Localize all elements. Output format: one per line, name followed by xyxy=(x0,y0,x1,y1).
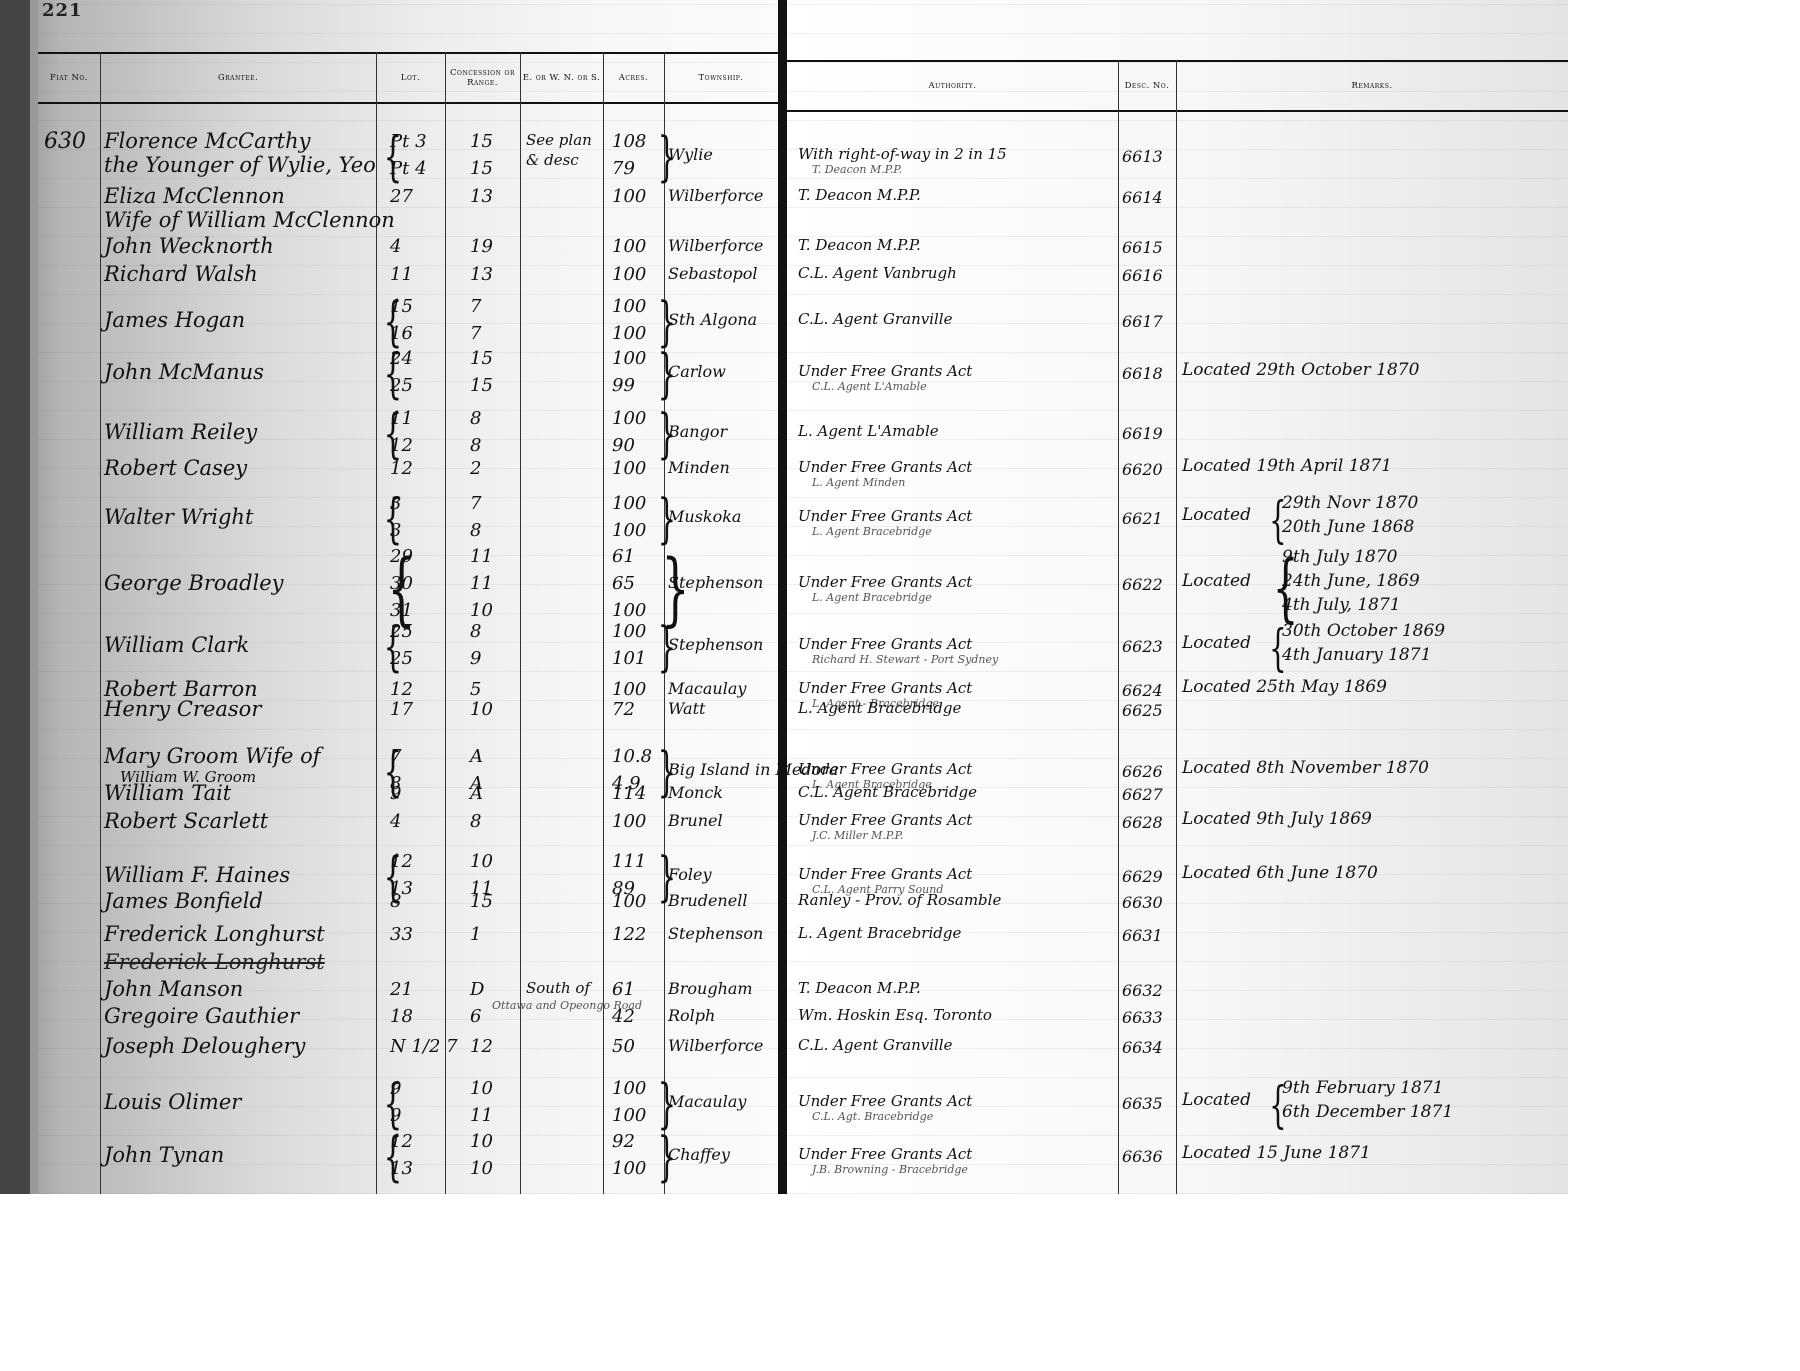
acres-value: 100 xyxy=(612,891,646,912)
remark-text: Located 25th May 1869 xyxy=(1182,677,1387,697)
concession-value: 15 xyxy=(470,375,493,396)
authority-text: C.L. Agent Vanbrugh xyxy=(798,264,957,282)
grantee-name: James Bonfield xyxy=(104,889,263,913)
authority-note: C.L. Agent L'Amable xyxy=(812,380,927,393)
acres-value: 100 xyxy=(612,1105,646,1126)
authority-text: Under Free Grants Act xyxy=(798,573,972,591)
lot-value: 8 xyxy=(390,891,401,912)
acres-value: 65 xyxy=(612,573,635,594)
township-name: Macaulay xyxy=(668,679,746,698)
page-number: 221 xyxy=(42,0,83,21)
acres-value: 101 xyxy=(612,648,646,669)
lot-value: 29 xyxy=(390,546,413,567)
remark-date: 9th February 1871 xyxy=(1282,1078,1443,1098)
authority-text: Wm. Hoskin Esq. Toronto xyxy=(798,1006,992,1024)
grantee-name: Frederick Longhurst xyxy=(104,922,325,946)
authority-text: Under Free Grants Act xyxy=(798,760,972,778)
township-name: Foley xyxy=(668,865,711,884)
township-name: Sebastopol xyxy=(668,264,757,283)
desc-number: 6614 xyxy=(1122,188,1163,207)
concession-value: 10 xyxy=(470,1158,493,1179)
header-bottom-rule-right xyxy=(787,110,1568,112)
lot-value: 33 xyxy=(390,924,413,945)
lot-value: 12 xyxy=(390,679,413,700)
remark-text: Located 9th July 1869 xyxy=(1182,809,1372,829)
lot-value: 15 xyxy=(390,296,413,317)
lot-value: 18 xyxy=(390,1006,413,1027)
concession-value: 7 xyxy=(470,296,481,317)
grantee-name: Joseph Deloughery xyxy=(104,1034,305,1058)
desc-number: 6619 xyxy=(1122,424,1163,443)
remark-label: Located xyxy=(1182,633,1251,653)
acres-value: 100 xyxy=(612,264,646,285)
acres-value: 100 xyxy=(612,458,646,479)
grantee-name: Richard Walsh xyxy=(104,262,258,286)
grantee-name: William Tait xyxy=(104,781,231,805)
desc-number: 6630 xyxy=(1122,893,1163,912)
concession-value: 7 xyxy=(470,493,481,514)
authority-note: L. Agent Bracebridge xyxy=(812,525,932,538)
township-name: Wylie xyxy=(668,145,713,164)
header-acres: Acres. xyxy=(603,58,664,98)
township-name: Stephenson xyxy=(668,635,763,654)
header-authority: Authority. xyxy=(787,66,1118,106)
grantee-name: Eliza McClennon xyxy=(104,184,285,208)
acres-value: 100 xyxy=(612,348,646,369)
grantee-name: John McManus xyxy=(104,360,264,384)
lot-value: 11 xyxy=(390,264,413,285)
desc-number: 6632 xyxy=(1122,981,1163,1000)
concession-value: 6 xyxy=(470,1006,481,1027)
authority-text: L. Agent L'Amable xyxy=(798,422,939,440)
header-remarks: Remarks. xyxy=(1176,66,1568,106)
acres-value: 100 xyxy=(612,1078,646,1099)
desc-number: 6625 xyxy=(1122,701,1163,720)
concession-value: 15 xyxy=(470,348,493,369)
header-lot: Lot. xyxy=(376,58,445,98)
township-name: Muskoka xyxy=(668,507,741,526)
acres-value: 79 xyxy=(612,158,635,179)
township-name: Rolph xyxy=(668,1006,715,1025)
township-name: Bangor xyxy=(668,422,727,441)
authority-text: Under Free Grants Act xyxy=(798,679,972,697)
concession-value: 10 xyxy=(470,1131,493,1152)
desc-number: 6624 xyxy=(1122,681,1163,700)
remark-date: 20th June 1868 xyxy=(1282,517,1414,537)
col-rule xyxy=(445,52,446,1194)
township-name: Brougham xyxy=(668,979,753,998)
acres-value: 61 xyxy=(612,546,635,567)
remark-date: 4th July, 1871 xyxy=(1282,595,1401,615)
acres-value: 122 xyxy=(612,924,646,945)
acres-value: 90 xyxy=(612,435,635,456)
acres-value: 100 xyxy=(612,186,646,207)
concession-value: 11 xyxy=(470,1105,493,1126)
e-w-n-s-value: See plan xyxy=(526,131,592,149)
acres-value: 42 xyxy=(612,1006,635,1027)
ledger-page: 221 Fiat No. Grantee. Lot. Concession or… xyxy=(0,0,1568,1194)
lot-value: 4 xyxy=(390,236,401,257)
col-rule xyxy=(1176,60,1177,1194)
authority-text: L. Agent Bracebridge xyxy=(798,924,961,942)
remark-text: Located 29th October 1870 xyxy=(1182,360,1419,380)
authority-text: Under Free Grants Act xyxy=(798,507,972,525)
authority-text: T. Deacon M.P.P. xyxy=(798,979,921,997)
acres-value: 92 xyxy=(612,1131,635,1152)
desc-number: 6634 xyxy=(1122,1038,1163,1057)
concession-value: A xyxy=(470,746,483,767)
acres-value: 100 xyxy=(612,520,646,541)
header-bottom-rule-left xyxy=(38,102,778,104)
grantee-name: Gregoire Gauthier xyxy=(104,1004,299,1028)
authority-text: T. Deacon M.P.P. xyxy=(798,236,921,254)
acres-value: 100 xyxy=(612,408,646,429)
lot-value: 9 xyxy=(390,1105,401,1126)
authority-note: L. Agent Minden xyxy=(812,476,905,489)
concession-value: 8 xyxy=(470,435,481,456)
desc-number: 6615 xyxy=(1122,238,1163,257)
acres-value: 100 xyxy=(612,296,646,317)
lot-value: 17 xyxy=(390,699,413,720)
acres-value: 100 xyxy=(612,600,646,621)
grantee-name: Walter Wright xyxy=(104,505,253,529)
lot-value: 27 xyxy=(390,186,413,207)
col-rule xyxy=(603,52,604,1194)
acres-value: 50 xyxy=(612,1036,635,1057)
authority-text: C.L. Agent Granville xyxy=(798,310,952,328)
e-w-n-s-value: & desc xyxy=(526,151,579,169)
authority-text: C.L. Agent Bracebridge xyxy=(798,783,977,801)
township-name: Wilberforce xyxy=(668,186,763,205)
acres-value: 10.8 xyxy=(612,746,652,767)
grantee-name: Louis Olimer xyxy=(104,1090,241,1114)
lot-value: 7 xyxy=(390,746,401,767)
grantee-struck-out: Frederick Longhurst xyxy=(104,950,325,974)
desc-number: 6617 xyxy=(1122,312,1163,331)
acres-value: 100 xyxy=(612,493,646,514)
concession-value: 10 xyxy=(470,1078,493,1099)
acres-value: 100 xyxy=(612,323,646,344)
concession-value: 10 xyxy=(470,699,493,720)
remark-date: 24th June, 1869 xyxy=(1282,571,1420,591)
lot-value: 25 xyxy=(390,375,413,396)
grantee-name: Henry Creasor xyxy=(104,697,261,721)
book-binding-edge xyxy=(30,0,38,1194)
acres-value: 61 xyxy=(612,979,635,1000)
desc-number: 6633 xyxy=(1122,1008,1163,1027)
concession-value: 13 xyxy=(470,264,493,285)
grantee-name: John Wecknorth xyxy=(104,234,274,258)
grantee-name: John Tynan xyxy=(104,1143,224,1167)
concession-value: 8 xyxy=(470,520,481,541)
remark-date: 9th July 1870 xyxy=(1282,547,1397,567)
desc-number: 6616 xyxy=(1122,266,1163,285)
concession-value: 15 xyxy=(470,158,493,179)
lot-value: Pt 4 xyxy=(390,158,427,179)
township-name: Wilberforce xyxy=(668,1036,763,1055)
acres-value: 100 xyxy=(612,679,646,700)
page-spine xyxy=(778,0,787,1194)
lot-value: Pt 3 xyxy=(390,131,427,152)
desc-number: 6621 xyxy=(1122,509,1163,528)
concession-value: 13 xyxy=(470,186,493,207)
grantee-detail: Wife of William McClennon xyxy=(104,208,395,232)
authority-text: Under Free Grants Act xyxy=(798,1145,972,1163)
concession-value: 10 xyxy=(470,600,493,621)
concession-value: 15 xyxy=(470,891,493,912)
authority-text: Under Free Grants Act xyxy=(798,458,972,476)
remark-text: Located 19th April 1871 xyxy=(1182,456,1392,476)
township-name: Brunel xyxy=(668,811,723,830)
lot-value: 9 xyxy=(390,1078,401,1099)
desc-number: 6623 xyxy=(1122,637,1163,656)
acres-value: 100 xyxy=(612,811,646,832)
header-concession: Concession or Range. xyxy=(445,58,520,98)
authority-note: C.L. Agt. Bracebridge xyxy=(812,1110,933,1123)
township-name: Macaulay xyxy=(668,1092,746,1111)
header-fiat-no: Fiat No. xyxy=(38,58,100,98)
header-desc-no: Desc. No. xyxy=(1118,66,1176,106)
remark-text: Located 15 June 1871 xyxy=(1182,1143,1371,1163)
township-name: Stephenson xyxy=(668,573,763,592)
lot-value: 9 xyxy=(390,783,401,804)
township-name: Chaffey xyxy=(668,1145,730,1164)
lot-value: 12 xyxy=(390,851,413,872)
concession-value: 1 xyxy=(470,924,481,945)
lot-value: 16 xyxy=(390,323,413,344)
authority-note: Richard H. Stewart - Port Sydney xyxy=(812,653,998,666)
concession-value: 15 xyxy=(470,131,493,152)
lot-value: 4 xyxy=(390,811,401,832)
concession-value: 11 xyxy=(470,573,493,594)
remark-text: Located 6th June 1870 xyxy=(1182,863,1378,883)
acres-value: 100 xyxy=(612,1158,646,1179)
grantee-detail: the Younger of Wylie, Yeo xyxy=(104,153,376,177)
township-name: Watt xyxy=(668,699,705,718)
township-name: Minden xyxy=(668,458,730,477)
authority-text: C.L. Agent Granville xyxy=(798,1036,952,1054)
grantee-name: George Broadley xyxy=(104,571,284,595)
desc-number: 6620 xyxy=(1122,460,1163,479)
acres-value: 99 xyxy=(612,375,635,396)
acres-value: 100 xyxy=(612,236,646,257)
grantee-name: William F. Haines xyxy=(104,863,290,887)
col-rule xyxy=(100,52,101,1194)
concession-value: D xyxy=(470,979,484,1000)
lot-value: 3 xyxy=(390,520,401,541)
desc-number: 6636 xyxy=(1122,1147,1163,1166)
concession-value: 9 xyxy=(470,648,481,669)
acres-value: 114 xyxy=(612,783,646,804)
lot-value: 3 xyxy=(390,493,401,514)
authority-note: L. Agent Bracebridge xyxy=(812,591,932,604)
remark-date: 30th October 1869 xyxy=(1282,621,1445,641)
remark-text: Located 8th November 1870 xyxy=(1182,758,1429,778)
remark-label: Located xyxy=(1182,571,1251,591)
lot-value: 25 xyxy=(390,621,413,642)
concession-value: 19 xyxy=(470,236,493,257)
book-binding xyxy=(0,0,30,1194)
header-top-rule-left xyxy=(38,52,778,54)
concession-value: 8 xyxy=(470,621,481,642)
grantee-name: Robert Scarlett xyxy=(104,809,268,833)
acres-value: 108 xyxy=(612,131,646,152)
authority-text: Under Free Grants Act xyxy=(798,635,972,653)
authority-text: With right-of-way in 2 in 15 xyxy=(798,145,1007,163)
lot-value: 21 xyxy=(390,979,413,1000)
lot-value: 12 xyxy=(390,458,413,479)
remark-date: 4th January 1871 xyxy=(1282,645,1431,665)
e-w-n-s-value: South of xyxy=(526,979,590,997)
desc-number: 6627 xyxy=(1122,785,1163,804)
grantee-name: John Manson xyxy=(104,977,243,1001)
lot-value: 30 xyxy=(390,573,413,594)
authority-text: Ranley - Prov. of Rosamble xyxy=(798,891,1001,909)
desc-number: 6628 xyxy=(1122,813,1163,832)
authority-text: T. Deacon M.P.P. xyxy=(798,186,921,204)
lot-value: 11 xyxy=(390,408,413,429)
lot-value: 24 xyxy=(390,348,413,369)
concession-value: 12 xyxy=(470,1036,493,1057)
township-name: Brudenell xyxy=(668,891,747,910)
concession-value: 5 xyxy=(470,679,481,700)
authority-note: T. Deacon M.P.P. xyxy=(812,163,902,176)
lot-value: N 1/2 7 xyxy=(390,1036,458,1057)
grantee-name: Florence McCarthy xyxy=(104,129,311,153)
lot-value: 25 xyxy=(390,648,413,669)
concession-value: 2 xyxy=(470,458,481,479)
grantee-name: William Reiley xyxy=(104,420,257,444)
desc-number: 6622 xyxy=(1122,575,1163,594)
concession-value: 8 xyxy=(470,811,481,832)
header-e-w-n-s: E. or W. N. or S. xyxy=(520,58,603,98)
concession-value: 11 xyxy=(470,546,493,567)
header-grantee: Grantee. xyxy=(100,58,376,98)
concession-value: A xyxy=(470,783,483,804)
concession-value: 8 xyxy=(470,408,481,429)
header-township: Township. xyxy=(664,58,778,98)
lot-value: 12 xyxy=(390,435,413,456)
acres-value: 72 xyxy=(612,699,635,720)
township-name: Monck xyxy=(668,783,723,802)
acres-value: 111 xyxy=(612,851,646,872)
concession-value: 10 xyxy=(470,851,493,872)
township-name: Sth Algona xyxy=(668,310,757,329)
authority-text: L. Agent Bracebridge xyxy=(798,699,961,717)
desc-number: 6618 xyxy=(1122,364,1163,383)
col-rule xyxy=(1118,60,1119,1194)
authority-note: J.B. Browning - Bracebridge xyxy=(812,1163,968,1176)
remark-label: Located xyxy=(1182,1090,1251,1110)
desc-number: 6631 xyxy=(1122,926,1163,945)
remark-date: 29th Novr 1870 xyxy=(1282,493,1418,513)
desc-number: 6626 xyxy=(1122,762,1163,781)
desc-number: 6613 xyxy=(1122,147,1163,166)
col-rule xyxy=(520,52,521,1194)
desc-number: 6629 xyxy=(1122,867,1163,886)
grantee-name: William Clark xyxy=(104,633,249,657)
grantee-name: Robert Casey xyxy=(104,456,247,480)
grantee-name: Mary Groom Wife of xyxy=(104,744,321,768)
header-top-rule-right xyxy=(787,60,1568,62)
lot-value: 13 xyxy=(390,1158,413,1179)
acres-value: 100 xyxy=(612,621,646,642)
authority-text: Under Free Grants Act xyxy=(798,865,972,883)
remark-label: Located xyxy=(1182,505,1251,525)
authority-text: Under Free Grants Act xyxy=(798,362,972,380)
township-name: Carlow xyxy=(668,362,726,381)
township-name: Wilberforce xyxy=(668,236,763,255)
authority-text: Under Free Grants Act xyxy=(798,1092,972,1110)
lot-value: 12 xyxy=(390,1131,413,1152)
authority-text: Under Free Grants Act xyxy=(798,811,972,829)
grantee-name: James Hogan xyxy=(104,308,245,332)
township-name: Stephenson xyxy=(668,924,763,943)
concession-value: 7 xyxy=(470,323,481,344)
remark-date: 6th December 1871 xyxy=(1282,1102,1453,1122)
authority-note: J.C. Miller M.P.P. xyxy=(812,829,903,842)
desc-number: 6635 xyxy=(1122,1094,1163,1113)
fiat-number: 630 xyxy=(44,129,86,154)
